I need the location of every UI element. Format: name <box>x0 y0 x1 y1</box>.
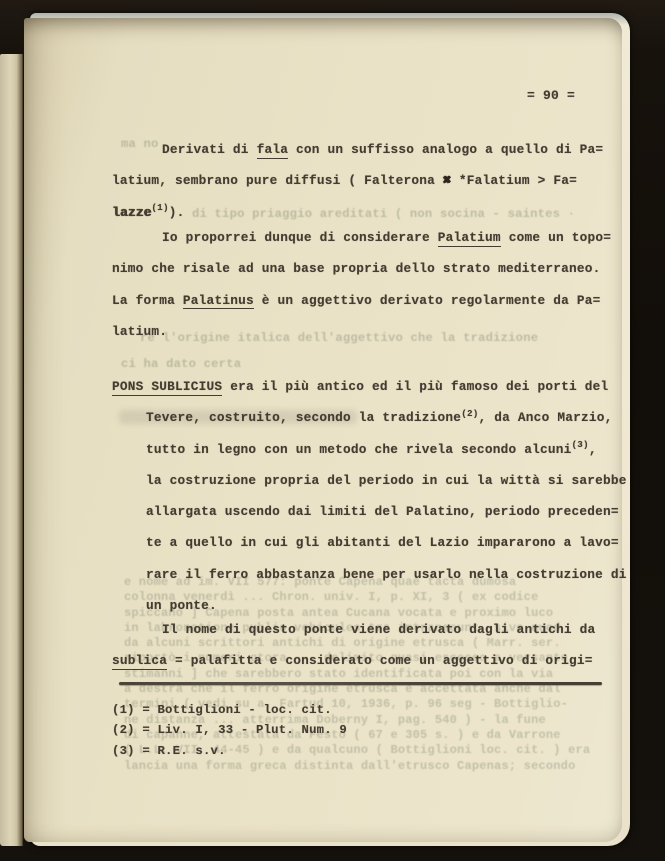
text-segment: PONS SUBLICIUS <box>112 379 222 396</box>
footnote-line: (2) = Liv. I, 33 - Plut. Num. 9 <box>112 720 347 740</box>
text-segment: tutto in legno con un metodo che rivela … <box>146 442 572 457</box>
text-line: sublica = palafitta e considerato come u… <box>112 645 620 676</box>
text-line: Tevere, costruito, secondo la tradizione… <box>112 402 620 433</box>
page-content: ma nodi tipo priaggio areditati ( non so… <box>24 18 622 842</box>
page-number: = 90 = <box>527 88 575 103</box>
text-segment: (3) <box>572 439 589 450</box>
text-segment: , da Anco Marzio, <box>479 410 613 425</box>
text-segment: Derivati di <box>162 142 257 157</box>
text-segment: come un topo= <box>501 230 611 245</box>
footnotes: (1) = Bottiglioni - loc. cit.(2) = Liv. … <box>112 700 347 761</box>
footnote-line: (3) = R.E. s.v. <box>112 741 347 761</box>
text-line: nimo che risale ad una base propria dell… <box>112 253 620 284</box>
text-line: tutto in legno con un metodo che rivela … <box>112 434 620 465</box>
text-segment: è un aggettivo derivato regolarmente da … <box>254 293 601 308</box>
text-segment: con un suffisso analogo a quello di Pa= <box>288 142 603 157</box>
typewritten-paragraph: Derivati di fala con un suffisso analogo… <box>112 134 620 228</box>
text-segment: *Falatium > Fa= <box>451 173 577 188</box>
book-fore-edge <box>0 54 23 846</box>
text-segment: Il nome di questo ponte viene derivato d… <box>162 622 595 637</box>
text-segment: Palatium <box>438 230 501 247</box>
text-segment: Palatinus <box>183 293 254 310</box>
typewritten-paragraph: Il nome di questo ponte viene derivato d… <box>112 614 620 677</box>
text-line: Derivati di fala con un suffisso analogo… <box>112 134 620 165</box>
footnote-line: (1) = Bottiglioni - loc. cit. <box>112 700 347 720</box>
text-line: Il nome di questo ponte viene derivato d… <box>112 614 620 645</box>
typewritten-paragraph: PONS SUBLICIUS era il più antico ed il p… <box>112 371 620 621</box>
text-line: latium, sembrano pure diffusi ( Falteron… <box>112 165 620 196</box>
text-segment: allargata uscendo dai limiti del Palatin… <box>146 504 619 519</box>
typewritten-paragraph: Io proporrei dunque di considerare Palat… <box>112 222 620 347</box>
text-segment: (2) <box>461 408 478 419</box>
text-segment: sublica <box>112 653 167 670</box>
text-segment: latium, sembrano pure diffusi ( Falteron… <box>112 173 443 188</box>
text-segment: , <box>589 442 597 457</box>
text-line: la costruzione propria del periodo in cu… <box>112 465 620 496</box>
text-line: te a quello in cui gli abitanti del Lazi… <box>112 527 620 558</box>
text-line: PONS SUBLICIUS era il più antico ed il p… <box>112 371 620 402</box>
strikeout-blot-mark: ✖ <box>443 163 451 199</box>
scanned-book-photo: ma nodi tipo priaggio areditati ( non so… <box>0 0 665 861</box>
text-segment: = palafitta e considerato come un aggett… <box>167 653 593 668</box>
scanned-page: ma nodi tipo priaggio areditati ( non so… <box>24 18 622 842</box>
text-segment: te a quello in cui gli abitanti del Lazi… <box>146 535 619 550</box>
text-segment: rare il ferro abbastanza bene per usarlo… <box>146 567 627 582</box>
text-segment: (1) <box>151 202 168 213</box>
text-segment: lazze <box>112 205 151 220</box>
text-segment: era il più antico ed il più famoso dei p… <box>222 379 608 394</box>
text-segment: la costruzione propria del periodo in cu… <box>146 473 627 488</box>
bleedthrough-line: ci ha dato certa <box>121 357 241 371</box>
text-segment: Io proporrei dunque di considerare <box>162 230 438 245</box>
text-segment: ). <box>169 205 185 220</box>
text-segment: La forma <box>112 293 183 308</box>
text-segment: nimo che risale ad una base propria dell… <box>112 261 601 276</box>
text-line: Io proporrei dunque di considerare Palat… <box>112 222 620 253</box>
text-line: rare il ferro abbastanza bene per usarlo… <box>112 559 620 590</box>
text-segment: un ponte. <box>146 598 217 613</box>
footnote-separator <box>119 682 602 685</box>
text-segment: fala <box>257 142 289 159</box>
text-segment: Tevere, costruito, secondo la tradizione <box>146 410 461 425</box>
text-line: latium. <box>112 316 620 347</box>
text-segment: latium. <box>112 324 167 339</box>
text-line: La forma Palatinus è un aggettivo deriva… <box>112 285 620 316</box>
text-line: allargata uscendo dai limiti del Palatin… <box>112 496 620 527</box>
